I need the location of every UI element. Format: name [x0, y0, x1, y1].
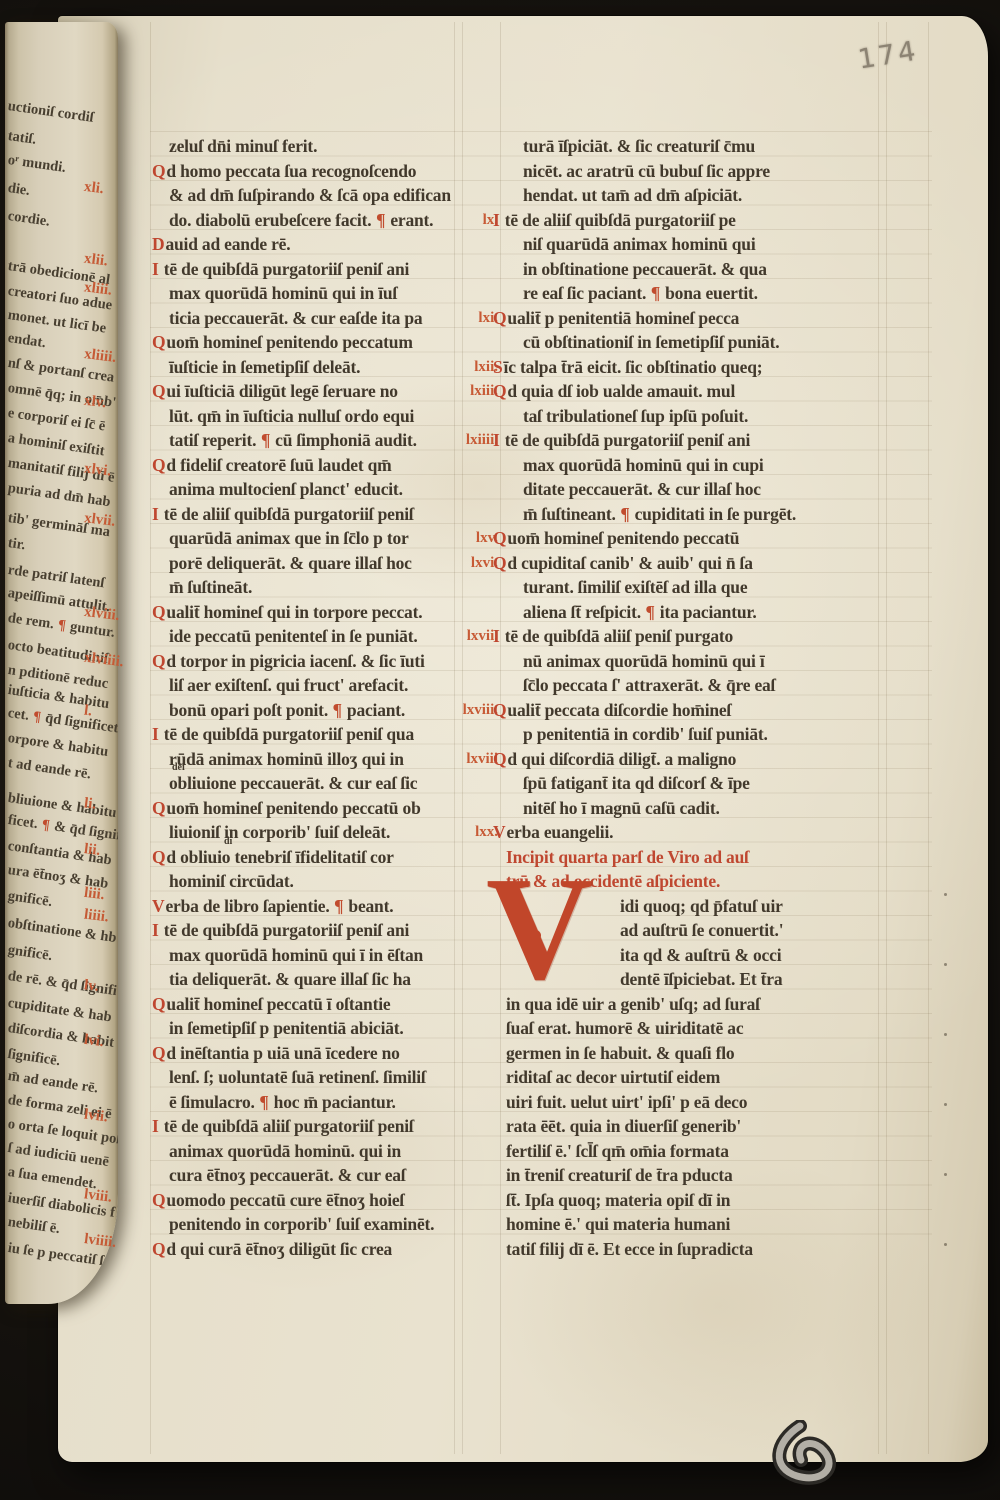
initial-letter: I [152, 504, 159, 524]
text-line: tatiſ filij dī ē. Et ecce in ſupradicta [506, 1237, 898, 1262]
initial-letter: S [493, 355, 503, 380]
initial-letter: Q [493, 379, 506, 404]
text-line: aliena ſt̄ reſpicit. ¶ ita paciantur. [506, 600, 898, 625]
text-line: ditate peccauerāt. & cur illaſ hoc [506, 477, 898, 502]
paraph-mark: ¶ [645, 602, 656, 622]
text-line: Qd obliuio tenebriſ īfidelitatiſ cordi [152, 845, 498, 870]
ruling-line-vertical [928, 22, 929, 1454]
text-line: nicēt. ac aratrū cū bubuſ ſic appre [506, 159, 898, 184]
margin-chapter-numeral: lvi. [83, 1032, 105, 1051]
text-line: rūdā animax hominū illoʒ qui inlxviii [152, 747, 498, 772]
paraph-mark: ¶ [40, 817, 51, 834]
text-line: Verba euangelii. [506, 820, 898, 845]
text-line: germen in ſe habuit. & quaſi flo [506, 1041, 898, 1066]
pricking-dot [944, 1033, 947, 1036]
margin-chapter-numeral: lii. [83, 841, 101, 860]
initial-letter: Q [152, 455, 165, 475]
pricking-dot [944, 1243, 947, 1246]
text-line: obliuione peccauerāt. & cur eaſ ſicdei [152, 771, 498, 796]
text-line: m̄ ſuſtineāt. [152, 575, 498, 600]
text-line: Qd torpor in pigricia iacenſ. & ſic īuti [152, 649, 498, 674]
text-line: bonū opari poſt ponit. ¶ paciant.lxviii. [152, 698, 498, 723]
text-line: nū animax quorūdā hominū qui ī [506, 649, 898, 674]
text-line: Qd fideliſ creatorē ſuū laudet qm̄ [152, 453, 498, 478]
prev-page-text-fragment: uctioniſ cordiſ [7, 98, 95, 127]
text-line: tia deliquerāt. & quare illaſ ſic ha [152, 967, 498, 992]
text-line: ticia peccauerāt. & cur eaſde ita palxi. [152, 306, 498, 331]
text-line: in ſemetipſiſ p penitentiā abiciāt. [152, 1016, 498, 1041]
text-line: liſ aer exiſtenſ. qui fruct' arefacit. [152, 673, 498, 698]
text-line: cura ēt̄noʒ peccauerāt. & cur eaſ [152, 1163, 498, 1188]
text-line: Qualit̄ homineſ peccatū ī oſtantie [152, 992, 498, 1017]
initial-letter: I [152, 724, 159, 744]
text-line: I tē de quibſdā purgatoriiſ peniſ qua [152, 722, 498, 747]
text-line: Verba de libro ſapientie. ¶ beant. [152, 894, 498, 919]
initial-letter: I [493, 428, 500, 453]
text-line: lūt. qm̄ in īuſticia nulluſ ordo equi [152, 404, 498, 429]
initial-letter: Q [152, 994, 165, 1014]
text-line: animax quorūdā hominū. qui in [152, 1139, 498, 1164]
interlinear-gloss: dei [172, 763, 185, 773]
text-line: Quomodo peccatū cure ēt̄noʒ hoieſ [152, 1188, 498, 1213]
prev-page-text-fragment: gnificē. [7, 888, 54, 911]
initial-letter: Q [493, 747, 506, 772]
text-line: quarūdā animax que in ſc̄lo p torlxv. [152, 526, 498, 551]
text-line: penitendo in corporib' ſuiſ examinēt. [152, 1212, 498, 1237]
initial-letter: Q [152, 332, 165, 352]
margin-chapter-numeral: lvii. [83, 1107, 109, 1127]
text-line: Qd qui curā ēt̄noʒ diligūt ſic crea [152, 1237, 498, 1262]
margin-chapter-numeral: liii. [83, 885, 105, 904]
text-line: do. diabolū erubeſcere facit. ¶ erant.lx… [152, 208, 498, 233]
text-line: ide peccatū penitenteſ in ſe puniāt.lxvi… [152, 624, 498, 649]
prev-page-text-fragment: tatiſ. [7, 128, 38, 149]
margin-chapter-numeral: xliii. [83, 279, 113, 299]
pricking-dot [944, 893, 947, 896]
prev-page-text-fragment: puria ad dm̄ hab [7, 480, 112, 511]
paraph-mark: ¶ [332, 700, 343, 720]
text-line: Qd inēſtantia p uiā unā īcedere no [152, 1041, 498, 1066]
text-line: I tē de quibſdā aliiſ peniſ purgato [506, 624, 898, 649]
text-line: I tē de quibſdā purgatoriiſ peniſ ani [506, 428, 898, 453]
margin-chapter-numeral: xlvi. [83, 460, 112, 480]
text-line: lenſ. ſ; uoluntatē ſuā retinenſ. ſimiliſ [152, 1065, 498, 1090]
initial-letter: I [152, 259, 159, 279]
initial-letter: Q [493, 698, 506, 723]
prev-page-text-fragment: tir. [7, 535, 27, 554]
prev-page-text-fragment: ſignificē. [7, 1046, 62, 1070]
text-line: hominiſ circūdat. [152, 869, 498, 894]
initial-letter: I [493, 208, 500, 233]
margin-chapter-numeral: xlvii. [83, 510, 116, 531]
text-line: fertiliſ ē.' ſcl̄ſ qm̄ om̄ia formata [506, 1139, 898, 1164]
pricking-dot [944, 963, 947, 966]
margin-chapter-numeral: xlii. [83, 251, 109, 271]
initial-letter: Q [152, 161, 165, 181]
text-line: Qd cupiditaſ canib' & auib' qui n̄ ſa [506, 551, 898, 576]
initial-letter: Q [152, 602, 165, 622]
initial-letter: V [152, 896, 164, 916]
prev-page-text-fragment: endat. [7, 330, 47, 352]
initial-letter: Q [493, 526, 506, 551]
initial-letter: Q [152, 1043, 165, 1063]
prev-page-text-fragment: gnificē. [7, 942, 54, 965]
text-line: I tē de quibſdā aliiſ purgatoriiſ peniſ [152, 1114, 498, 1139]
text-line: ſc̄lo peccata ſ' attraxerāt. & q̄re eaſ [506, 673, 898, 698]
text-line: Qualit̄ peccata diſcordie hom̄ineſ [506, 698, 898, 723]
text-line: uiri fuit. uelut uirt' ipſi' p eā deco [506, 1090, 898, 1115]
text-line: I tē de aliiſ quibſdā purgatoriiſ peniſ [152, 502, 498, 527]
text-line: rata ēēt. quia in diuerſiſ generib' [506, 1114, 898, 1139]
text-line: ſuaſ erat. humorē & uiriditatē ac [506, 1016, 898, 1041]
initial-letter: I [493, 624, 500, 649]
drop-cap-dot [530, 930, 541, 941]
text-line: anima multocienſ planct' educit. [152, 477, 498, 502]
text-line: ſpū fatigant̄ ita qd diſcorſ & īpe [506, 771, 898, 796]
text-line: in obſtinatione peccauerāt. & qua [506, 257, 898, 282]
pricking-dot [944, 1103, 947, 1106]
text-line: hendat. ut tam̄ ad dm̄ aſpiciāt. [506, 183, 898, 208]
initial-letter: Q [152, 847, 165, 867]
initial-letter: Q [152, 798, 165, 818]
text-line: zeluſ dn̄i minuſ ferit. [152, 134, 498, 159]
text-line: riditaſ ac decor uirtutiſ eidem [506, 1065, 898, 1090]
prev-page-text-fragment: die. [7, 180, 31, 200]
ruling-line-vertical [150, 22, 151, 1454]
text-column-left: zeluſ dn̄i minuſ ferit.Qd homo peccata ſ… [152, 134, 498, 1261]
text-line: p penitentiā in cordib' ſuiſ puniāt. [506, 722, 898, 747]
margin-chapter-numeral: li. [83, 795, 97, 813]
text-line: Sīc talpa t̄rā eicit. ſic obſtinatio que… [506, 355, 898, 380]
paraph-mark: ¶ [259, 1092, 270, 1112]
text-line: nitēſ ho ī magnū caſū cadit. [506, 796, 898, 821]
paraph-mark: ¶ [650, 283, 661, 303]
paraph-mark: ¶ [260, 430, 271, 450]
text-line: porē deliquerāt. & quare illaſ hoclxvi. [152, 551, 498, 576]
margin-chapter-numeral: lviii. [83, 1186, 113, 1206]
text-line: max quorūdā hominū qui in cupi [506, 453, 898, 478]
text-line: I tē de quibſdā purgatoriiſ peniſ ani [152, 257, 498, 282]
initial-letter: I [152, 920, 159, 940]
margin-chapter-numeral: xlv. [83, 393, 107, 413]
margin-chapter-numeral: lv. [83, 977, 100, 996]
text-line: ē ſimulacro. ¶ hoc m̄ paciantur. [152, 1090, 498, 1115]
prev-page-text-fragment: cordie. [7, 208, 51, 231]
text-line: Quom̄ homineſ penitendo peccatū [506, 526, 898, 551]
drop-cap-initial-V: V [486, 874, 593, 984]
initial-letter: Q [152, 651, 165, 671]
text-line: liuioniſ in corporib' ſuiſ deleāt.lxx. [152, 820, 498, 845]
text-line: Qui īuſticiā diligūt legē ſeruare nolxii… [152, 379, 498, 404]
text-line: I tē de aliiſ quibſdā purgatoriiſ pe [506, 208, 898, 233]
text-line: Qd qui diſcordiā diligt̄. a maligno [506, 747, 898, 772]
text-line: turant. ſimiliſ exiſtēſ ad illa que [506, 575, 898, 600]
margin-chapter-numeral: xli. [83, 179, 105, 198]
text-line: taſ tribulationeſ ſup ipſū poſuit. [506, 404, 898, 429]
manuscript-photo: 174 zeluſ dn̄i minuſ ferit.Qd homo pecca… [0, 0, 1000, 1500]
text-line: I tē de quibſdā purgatoriiſ peniſ ani [152, 918, 498, 943]
text-line: Qualit̄ p penitentiā homineſ pecca [506, 306, 898, 331]
initial-letter: Q [493, 551, 506, 576]
text-column-right: V turā īſpiciāt. & ſic creaturiſ c̄munic… [506, 134, 898, 1261]
prev-page-text-fragment: nebiliſ ē. [7, 1214, 61, 1238]
ruling-line-vertical [500, 22, 501, 1454]
paraph-mark: ¶ [334, 896, 345, 916]
text-line: cū obſtinationiſ in ſemetipſiſ puniāt. [506, 330, 898, 355]
margin-chapter-numeral: liiii. [83, 907, 109, 927]
initial-letter: V [493, 820, 505, 845]
pricking-dot [944, 1173, 947, 1176]
text-line: Quom̄ homineſ penitendo peccatum [152, 330, 498, 355]
paraph-mark: ¶ [376, 210, 387, 230]
binding-clamp [745, 1420, 895, 1500]
text-line: max quorūdā hominū qui ī in ēſtan [152, 943, 498, 968]
prev-page-text-fragment: oʳ mundi. [7, 152, 67, 177]
paraph-mark: ¶ [620, 504, 631, 524]
paraph-mark: ¶ [56, 617, 67, 634]
initial-letter: Q [152, 1239, 165, 1259]
text-line: m̄ ſuſtineant. ¶ cupiditati in ſe purgēt… [506, 502, 898, 527]
text-line: Qualit̄ homineſ qui in torpore peccat. [152, 600, 498, 625]
text-line: īuſticie in ſemetipſiſ deleāt.lxii. [152, 355, 498, 380]
text-line: ſt̄. Ipſa quoq; materia opiſ dī in [506, 1188, 898, 1213]
text-line: Quom̄ homineſ penitendo peccatū ob [152, 796, 498, 821]
text-line: Qd homo peccata ſua recognoſcendo [152, 159, 498, 184]
initial-letter: Q [493, 306, 506, 331]
prev-page-text-fragment: de rē. & q̄d ſignifi [7, 968, 118, 1000]
initial-letter: Q [152, 381, 165, 401]
text-line: Qd quia dſ iob ualde amauit. mul [506, 379, 898, 404]
drop-cap-letter: V [486, 847, 593, 1011]
text-line: max quorūdā hominū qui in īuſ [152, 281, 498, 306]
text-line: tatiſ reperit. ¶ cū ſimphoniā audit.lxii… [152, 428, 498, 453]
text-line: re eaſ ſic paciant. ¶ bona euertit. [506, 281, 898, 306]
text-line: turā īſpiciāt. & ſic creaturiſ c̄mu [506, 134, 898, 159]
text-line: in t̄reniſ creaturiſ de t̄ra pducta [506, 1163, 898, 1188]
text-line: homine ē.' qui materia humani [506, 1212, 898, 1237]
initial-letter: Q [152, 1190, 165, 1210]
prev-page-text-fragment: t ad eande rē. [7, 755, 92, 783]
interlinear-gloss: di [224, 837, 232, 847]
text-line: niſ quarūdā animax hominū qui [506, 232, 898, 257]
text-line: Dauid ad eande rē. [152, 232, 498, 257]
initial-letter: I [152, 1116, 159, 1136]
text-line: & ad dm̄ ſuſpirando & ſcā opa edifican [152, 183, 498, 208]
initial-letter: D [152, 234, 164, 254]
paraph-mark: ¶ [31, 708, 42, 725]
